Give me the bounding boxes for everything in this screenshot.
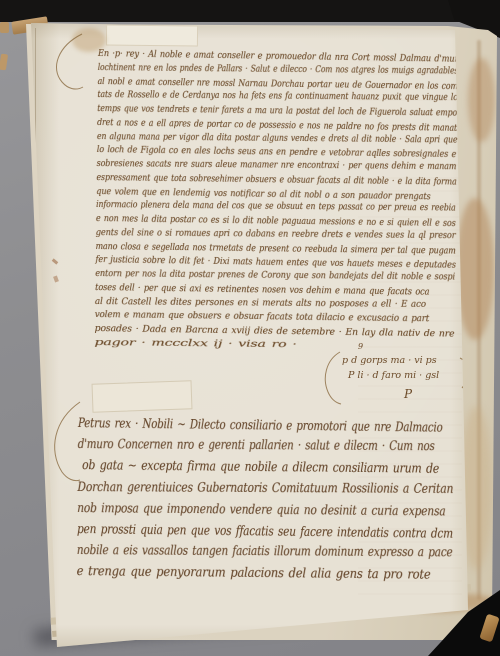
manuscript-page: En ·p· rey · Al noble e amat conseller e… xyxy=(28,20,472,650)
repair-patch-top xyxy=(106,25,198,47)
pen-flourish-icon xyxy=(322,350,342,406)
stain xyxy=(468,58,495,142)
manuscript-line: nobile a eis vassallos tangen faciatis i… xyxy=(77,540,453,564)
background-black-top xyxy=(0,0,500,22)
signature-initial: P xyxy=(404,387,412,401)
signature-line: P li · d faro mi · gsl xyxy=(348,370,439,381)
manuscript-line: pagor · mccclxx ij · visa ro · xyxy=(94,336,296,352)
letter-1-text: En ·p· rey · Al noble e amat conseller e… xyxy=(94,47,458,354)
stain xyxy=(456,198,494,340)
sewing-support-stub xyxy=(0,22,9,33)
signature-line: p d gorps ma · vi ps xyxy=(342,355,437,366)
pen-flourish-icon xyxy=(48,32,90,92)
repair-patch-middle xyxy=(92,380,193,412)
manuscript-photograph: En ·p· rey · Al noble e amat conseller e… xyxy=(0,0,500,656)
manuscript-line: Dorchan gerentiuices Gubernatoris Comita… xyxy=(77,477,453,500)
manuscript-line: e trenga que penyorarum palacions del al… xyxy=(77,561,431,586)
chancery-signature-block: 9 p d gorps ma · vi ps P li · d faro mi … xyxy=(324,350,484,412)
manuscript-line-row: e trenga que penyorarum palacions del al… xyxy=(77,561,453,585)
ink-speck xyxy=(53,275,59,282)
ink-speck xyxy=(52,258,59,264)
abbreviation-mark: 9 xyxy=(358,342,363,351)
sewing-support-stub xyxy=(0,54,8,71)
gutter-fold-line xyxy=(35,28,36,636)
manuscript-line: d'muro Concernen nro e gerenti pallarien… xyxy=(78,434,435,457)
letter-2-text: Petrus rex · Nobili ~ Dilecto consiliari… xyxy=(77,413,454,586)
